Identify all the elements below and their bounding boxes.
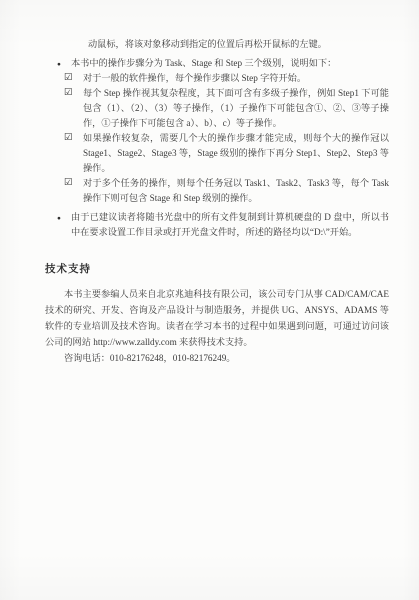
checkbox-sub-list: ☑ 对于一般的软件操作，每个操作步骤以 Step 字符开始。 ☑ 每个 Step… xyxy=(64,71,389,206)
checked-checkbox-icon: ☑ xyxy=(64,71,73,86)
bullet-item-text: 本书中的操作步骤分为 Task、Stage 和 Step 三个级别，说明如下： xyxy=(71,58,336,68)
sub-item-task: ☑ 对于多个任务的操作，则每个任务冠以 Task1、Task2、Task3 等，… xyxy=(64,176,389,206)
bullet-icon: ● xyxy=(57,211,61,226)
bullet-list: ● 本书中的操作步骤分为 Task、Stage 和 Step 三个级别，说明如下… xyxy=(57,56,389,240)
checked-checkbox-icon: ☑ xyxy=(64,176,73,191)
bullet-item-text: 由于已建议读者将随书光盘中的所有文件复制到计算机硬盘的 D 盘中，所以书中在要求… xyxy=(71,212,389,237)
document-page: 动鼠标，将该对象移动到指定的位置后再松开鼠标的左键。 ● 本书中的操作步骤分为 … xyxy=(0,0,419,600)
bullet-icon: ● xyxy=(57,57,61,72)
sub-item-text: 对于一般的软件操作，每个操作步骤以 Step 字符开始。 xyxy=(83,73,306,83)
sub-item-stage: ☑ 如果操作较复杂，需要几个大的操作步骤才能完成，则每个大的操作冠以 Stage… xyxy=(64,131,389,176)
checked-checkbox-icon: ☑ xyxy=(64,86,73,101)
sub-item-text: 每个 Step 操作视其复杂程度，其下面可含有多级子操作，例如 Step1 下可… xyxy=(83,88,389,128)
continuation-line: 动鼠标，将该对象移动到指定的位置后再松开鼠标的左键。 xyxy=(88,37,389,52)
sub-item-step-general: ☑ 对于一般的软件操作，每个操作步骤以 Step 字符开始。 xyxy=(64,71,389,86)
support-paragraph: 本书主要参编人员来自北京兆迪科技有限公司，该公司专门从事 CAD/CAM/CAE… xyxy=(45,286,389,350)
sub-item-step-nesting: ☑ 每个 Step 操作视其复杂程度，其下面可含有多级子操作，例如 Step1 … xyxy=(64,86,389,131)
sub-item-text: 对于多个任务的操作，则每个任务冠以 Task1、Task2、Task3 等，每个… xyxy=(83,178,389,203)
page-content: 动鼠标，将该对象移动到指定的位置后再松开鼠标的左键。 ● 本书中的操作步骤分为 … xyxy=(45,37,389,366)
bullet-item-disk-path: ● 由于已建议读者将随书光盘中的所有文件复制到计算机硬盘的 D 盘中，所以书中在… xyxy=(57,210,389,240)
bullet-item-operation-levels: ● 本书中的操作步骤分为 Task、Stage 和 Step 三个级别，说明如下… xyxy=(57,56,389,206)
sub-item-text: 如果操作较复杂，需要几个大的操作步骤才能完成，则每个大的操作冠以 Stage1、… xyxy=(83,133,389,173)
support-phone-line: 咨询电话：010-82176248，010-82176249。 xyxy=(45,350,389,366)
section-heading-tech-support: 技术支持 xyxy=(45,262,389,277)
checked-checkbox-icon: ☑ xyxy=(64,131,73,146)
